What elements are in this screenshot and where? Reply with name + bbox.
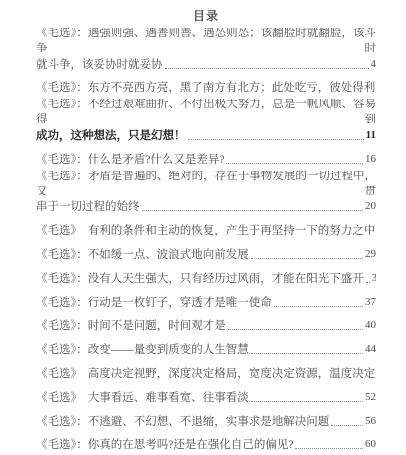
toc-entry: 《毛选》 大事看远、难事看宽、往事看淡52: [36, 385, 376, 409]
page-number: 33: [372, 272, 376, 284]
toc-entry-last-line: 《毛选》：没有人天生强大，只有经历过风雨，才能在阳光下盛开33: [36, 266, 376, 290]
toc-entry: 《毛选》 高度决定视野，深度决定格局，宽度决定资源，温度决定人心49: [36, 361, 376, 385]
toc-list: 《毛选》：遇强则强、遇善则善、遇怂则怂；该翻脸时就翻脸，该斗争时就斗争，该妥协时…: [36, 28, 376, 455]
page-number: 52: [365, 391, 376, 403]
toc-entry-last-line: 《毛选》：时间不是问题，时间观才是40: [36, 314, 376, 338]
toc-entry-last-line: 串于一切过程的始终20: [36, 195, 376, 219]
entry-text: 《毛选》：没有人天生强大，只有经历过风雨，才能在阳光下盛开: [36, 270, 364, 286]
page-number: 11: [366, 129, 376, 141]
dot-leader: [295, 447, 363, 449]
entry-text: 《毛选》：矛盾是普遍的、绝对的，存在于事物发展的一切过程中，又贯: [36, 171, 376, 195]
page-number: 40: [365, 319, 376, 331]
toc-entry: 《毛选》：改变——量变到质变的人生智慧44: [36, 337, 376, 361]
toc-entry: 《毛选》：不如缓一点、波浪式地向前发展29: [36, 242, 376, 266]
entry-text: 《毛选》：东方不亮西方亮，黑了南方有北方；此处吃亏，彼处得利: [36, 79, 375, 95]
entry-text: 《毛选》：时间不是问题，时间观才是: [36, 317, 226, 333]
page-number: 60: [365, 438, 376, 450]
entry-text: 《毛选》：不如缓一点、波浪式地向前发展: [36, 246, 249, 262]
toc-entry-line: 《毛选》：矛盾是普遍的、绝对的，存在于事物发展的一切过程中，又贯: [36, 171, 376, 195]
dot-leader: [251, 352, 363, 354]
toc-entry-last-line: 就斗争，该妥协时就妥协4: [36, 52, 376, 76]
toc-entry-last-line: 《毛选》：你真的在思考吗?还是在强化自己的偏见?60: [36, 433, 376, 455]
page-number: 37: [365, 296, 376, 308]
dot-leader: [274, 305, 363, 307]
page-number: 20: [365, 200, 376, 212]
entry-text: 串于一切过程的始终: [36, 198, 140, 214]
entry-text: 《毛选》：改变——量变到质变的人生智慧: [36, 341, 249, 357]
toc-entry: 《毛选》：时间不是问题，时间观才是40: [36, 314, 376, 338]
dot-leader: [251, 257, 363, 259]
toc-entry-last-line: 《毛选》 高度决定视野，深度决定格局，宽度决定资源，温度决定人心49: [36, 361, 376, 385]
toc-entry-line: 《毛选》：不经过艰难曲折、不付出极大努力，总是一帆风顺、容易得到: [36, 99, 376, 123]
dot-leader: [228, 328, 363, 330]
toc-entry-last-line: 《毛选》 有利的条件和主动的恢复，产生于再坚持一下的努力之中24: [36, 218, 376, 242]
toc-entry: 《毛选》：你真的在思考吗?还是在强化自己的偏见?60: [36, 433, 376, 455]
entry-text: 《毛选》：什么是矛盾?什么又是差异?: [36, 151, 224, 167]
toc-entry: 《毛选》：矛盾是普遍的、绝对的，存在于事物发展的一切过程中，又贯串于一切过程的始…: [36, 171, 376, 219]
toc-entry: 《毛选》：遇强则强、遇善则善、遇怂则怂；该翻脸时就翻脸，该斗争时就斗争，该妥协时…: [36, 28, 376, 76]
dot-leader: [251, 400, 363, 402]
entry-text: 《毛选》：遇强则强、遇善则善、遇怂则怂；该翻脸时就翻脸，该斗争时: [36, 28, 376, 52]
toc-entry-last-line: 《毛选》：不如缓一点、波浪式地向前发展29: [36, 242, 376, 266]
entry-text: 《毛选》 高度决定视野，深度决定格局，宽度决定资源，温度决定人心: [36, 365, 376, 381]
toc-entry: 《毛选》：什么是矛盾?什么又是差异?16: [36, 147, 376, 171]
entry-text: 就斗争，该妥协时就妥协: [36, 56, 163, 72]
document-page: 目录 《毛选》：遇强则强、遇善则善、遇怂则怂；该翻脸时就翻脸，该斗争时就斗争，该…: [0, 0, 406, 455]
dot-leader: [142, 209, 364, 211]
entry-text: 《毛选》：你真的在思考吗?还是在强化自己的偏见?: [36, 436, 293, 452]
page-number: 56: [365, 415, 376, 427]
toc-entry: 《毛选》：行动是一枚钉子，穿透才是唯一使命37: [36, 290, 376, 314]
toc-entry: 《毛选》：没有人天生强大，只有经历过风雨，才能在阳光下盛开33: [36, 266, 376, 290]
toc-entry-last-line: 成功，这种想法，只是幻想！11: [36, 123, 376, 147]
page-number: 4: [371, 58, 377, 70]
dot-leader: [165, 67, 369, 69]
toc-entry-last-line: 《毛选》 大事看远、难事看宽、往事看淡52: [36, 385, 376, 409]
toc-entry: 《毛选》：不逃避、不幻想、不退缩，实事求是地解决问题56: [36, 409, 376, 433]
dot-leader: [366, 281, 370, 283]
toc-entry: 《毛选》：东方不亮西方亮，黑了南方有北方；此处吃亏，彼处得利8: [36, 76, 376, 100]
toc-entry-last-line: 《毛选》：行动是一枚钉子，穿透才是唯一使命37: [36, 290, 376, 314]
entry-text: 《毛选》：不逃避、不幻想、不退缩，实事求是地解决问题: [36, 413, 329, 429]
toc-title: 目录: [36, 6, 376, 26]
entry-text: 成功，这种想法，只是幻想！: [36, 127, 186, 143]
toc-entry-last-line: 《毛选》：什么是矛盾?什么又是差异?16: [36, 147, 376, 171]
toc-entry-line: 《毛选》：遇强则强、遇善则善、遇怂则怂；该翻脸时就翻脸，该斗争时: [36, 28, 376, 52]
page-number: 16: [365, 153, 376, 165]
toc-entry-last-line: 《毛选》：改变——量变到质变的人生智慧44: [36, 337, 376, 361]
toc-entry: 《毛选》：不经过艰难曲折、不付出极大努力，总是一帆风顺、容易得到成功，这种想法，…: [36, 99, 376, 147]
entry-text: 《毛选》 有利的条件和主动的恢复，产生于再坚持一下的努力之中: [36, 222, 375, 238]
dot-leader: [226, 162, 363, 164]
dot-leader: [331, 424, 363, 426]
page-number: 44: [365, 343, 376, 355]
toc-entry-last-line: 《毛选》：不逃避、不幻想、不退缩，实事求是地解决问题56: [36, 409, 376, 433]
toc-entry-last-line: 《毛选》：东方不亮西方亮，黑了南方有北方；此处吃亏，彼处得利8: [36, 76, 376, 100]
entry-text: 《毛选》 大事看远、难事看宽、往事看淡: [36, 389, 249, 405]
page-number: 29: [365, 248, 376, 260]
entry-text: 《毛选》：行动是一枚钉子，穿透才是唯一使命: [36, 294, 272, 310]
toc-entry: 《毛选》 有利的条件和主动的恢复，产生于再坚持一下的努力之中24: [36, 218, 376, 242]
entry-text: 《毛选》：不经过艰难曲折、不付出极大努力，总是一帆风顺、容易得到: [36, 99, 376, 123]
dot-leader: [188, 138, 364, 140]
